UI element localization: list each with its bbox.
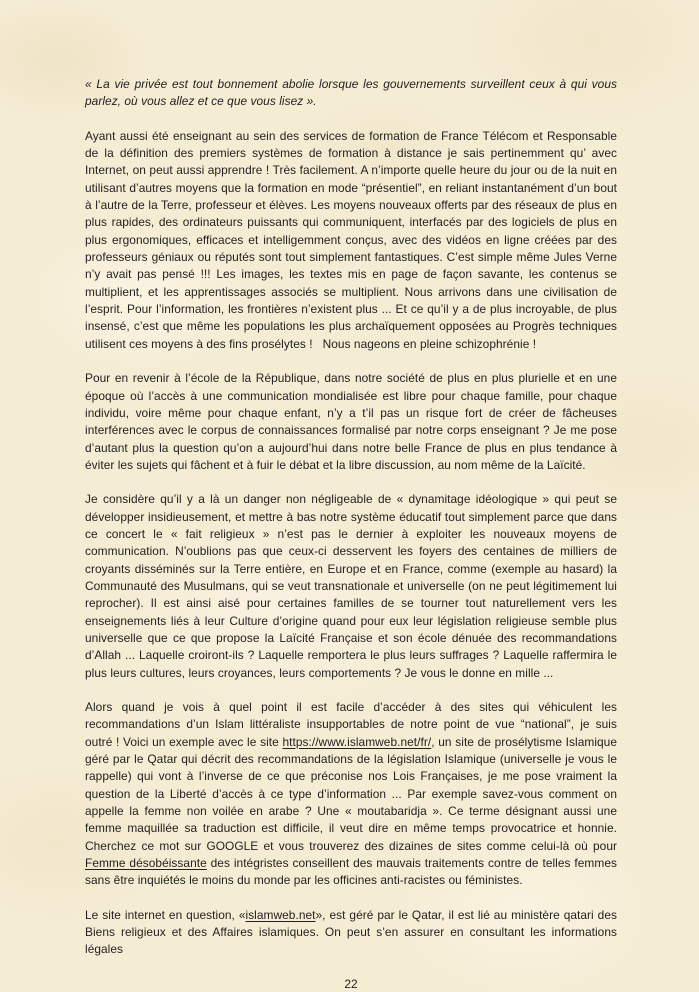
paragraph-internet-teaching: Ayant aussi été enseignant au sein des s… bbox=[85, 128, 617, 353]
page-number: 22 bbox=[85, 976, 617, 992]
paragraph-dynamitage-ideologique: Je considère qu’il y a là un danger non … bbox=[85, 491, 617, 682]
document-body: « La vie privée est tout bonnement aboli… bbox=[85, 76, 617, 992]
islamweb-net-link[interactable]: islamweb.net bbox=[246, 908, 316, 922]
paragraph-islamweb-example: Alors quand je vois à quel point il est … bbox=[85, 699, 617, 890]
opening-quote: « La vie privée est tout bonnement aboli… bbox=[85, 76, 617, 111]
islamweb-fr-url-link[interactable]: https://www.islamweb.net/fr/ bbox=[282, 735, 431, 749]
paragraph-ecole-republique: Pour en revenir à l’école de la Républiq… bbox=[85, 370, 617, 474]
paragraph-text: Le site internet en question, « bbox=[85, 908, 246, 922]
paragraph-qatar-ministry: Le site internet en question, «islamweb.… bbox=[85, 907, 617, 959]
document-page: « La vie privée est tout bonnement aboli… bbox=[0, 0, 699, 992]
femme-desobeissante-link[interactable]: Femme désobéissante bbox=[85, 856, 207, 870]
paragraph-text: , un site de prosélytisme Islamique géré… bbox=[85, 735, 617, 853]
